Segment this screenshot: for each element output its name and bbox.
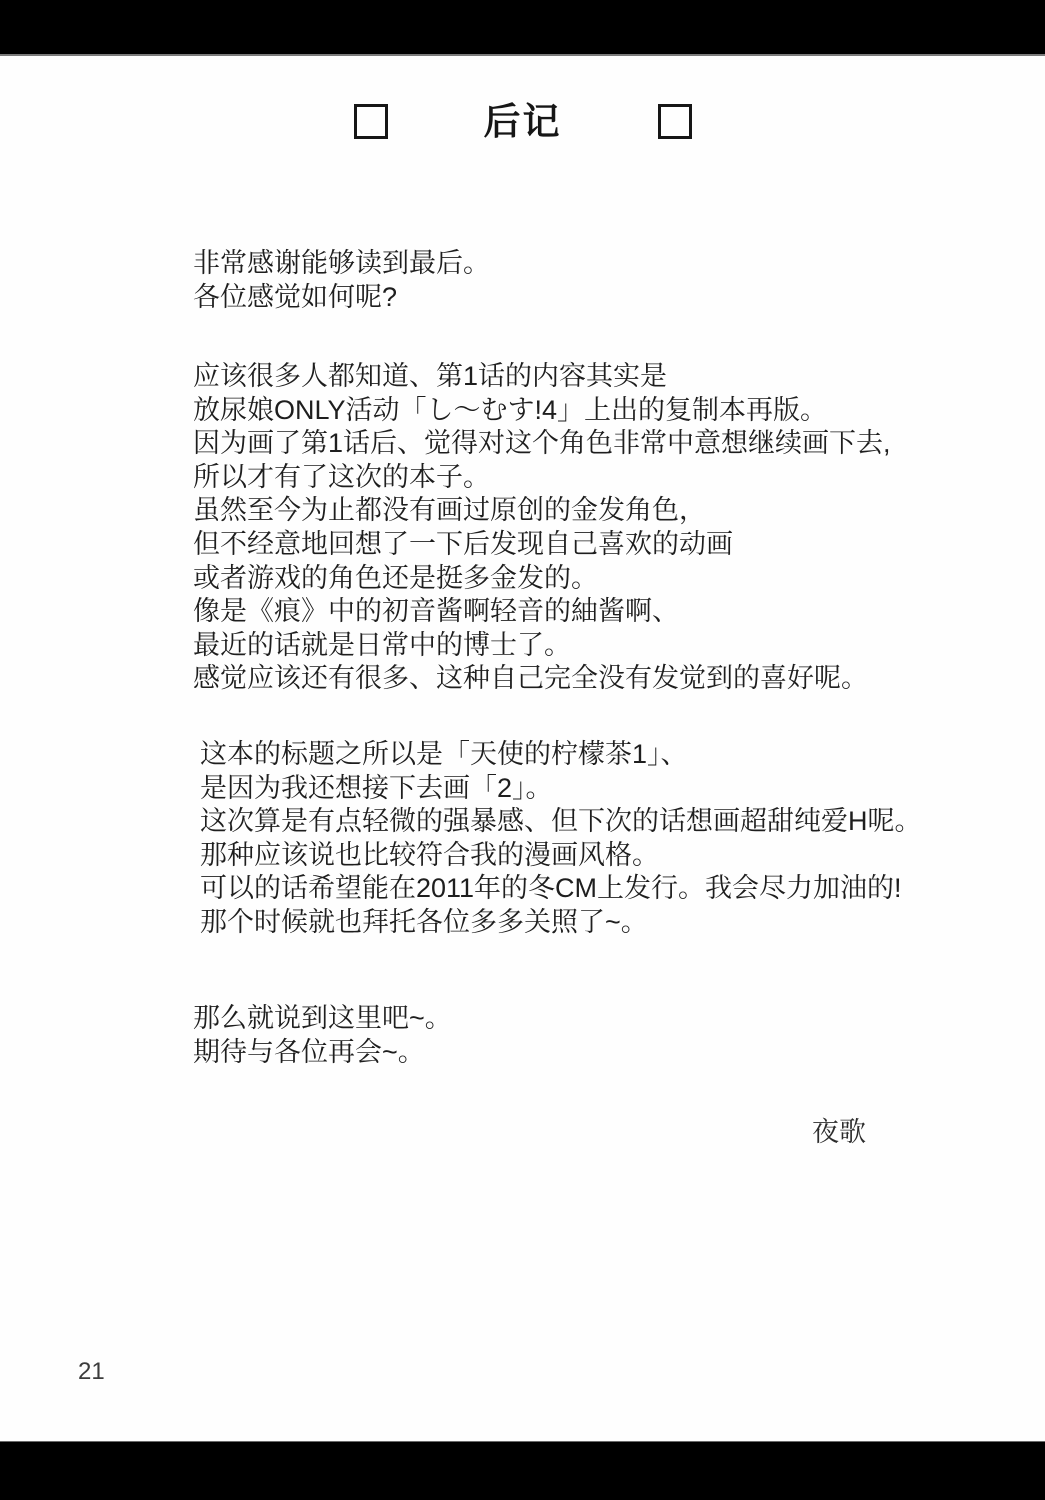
title-square-right-icon	[658, 104, 692, 139]
scanned-page: 后记 非常感谢能够读到最后。 各位感觉如何呢? 应该很多人都知道、第1话的内容其…	[0, 0, 1045, 1500]
author-signature: 夜歌	[812, 1110, 866, 1149]
title-square-left-icon	[354, 104, 388, 139]
page-title: 后记	[484, 103, 562, 140]
text-line: 是因为我还想接下去画「2」。	[200, 772, 922, 806]
paragraph-farewell: 那么就说到这里吧~。 期待与各位再会~。	[193, 1002, 452, 1069]
afterword-title-row: 后记	[0, 103, 1045, 140]
scan-border-bottom	[0, 1441, 1045, 1500]
text-line: 感觉应该还有很多、这种自己完全没有发觉到的喜好呢。	[193, 662, 891, 696]
text-line: 期待与各位再会~。	[193, 1036, 452, 1070]
scan-border-top	[0, 0, 1045, 56]
text-line: 因为画了第1话后、觉得对这个角色非常中意想继续画下去,	[193, 427, 891, 461]
text-line: 但不经意地回想了一下后发现自己喜欢的动画	[193, 528, 891, 562]
text-line: 或者游戏的角色还是挺多金发的。	[193, 562, 891, 596]
text-line: 可以的话希望能在2011年的冬CM上发行。我会尽力加油的!	[200, 872, 922, 906]
text-line: 这次算是有点轻微的强暴感、但下次的话想画超甜纯爱H呢。	[200, 805, 922, 839]
page-number: 21	[78, 1358, 105, 1386]
text-line: 虽然至今为止都没有画过原创的金发角色，	[193, 494, 891, 528]
text-line: 那么就说到这里吧~。	[193, 1002, 452, 1036]
text-line: 应该很多人都知道、第1话的内容其实是	[193, 360, 891, 394]
text-line: 那种应该说也比较符合我的漫画风格。	[200, 839, 922, 873]
text-line: 那个时候就也拜托各位多多关照了~。	[200, 906, 922, 940]
text-line: 这本的标题之所以是「天使的柠檬茶1」、	[200, 738, 922, 772]
paragraph-title-plans: 这本的标题之所以是「天使的柠檬茶1」、 是因为我还想接下去画「2」。 这次算是有…	[200, 738, 922, 940]
paragraph-background: 应该很多人都知道、第1话的内容其实是 放尿娘ONLY活动「し～むす!4」上出的复…	[193, 360, 891, 696]
text-line: 像是《痕》中的初音酱啊轻音的紬酱啊、	[193, 595, 891, 629]
text-line: 各位感觉如何呢?	[193, 281, 490, 315]
text-line: 放尿娘ONLY活动「し～むす!4」上出的复制本再版。	[193, 394, 891, 428]
text-line: 最近的话就是日常中的博士了。	[193, 629, 891, 663]
text-line: 非常感谢能够读到最后。	[193, 247, 490, 281]
paragraph-thanks: 非常感谢能够读到最后。 各位感觉如何呢?	[193, 247, 490, 314]
text-line: 所以才有了这次的本子。	[193, 461, 891, 495]
